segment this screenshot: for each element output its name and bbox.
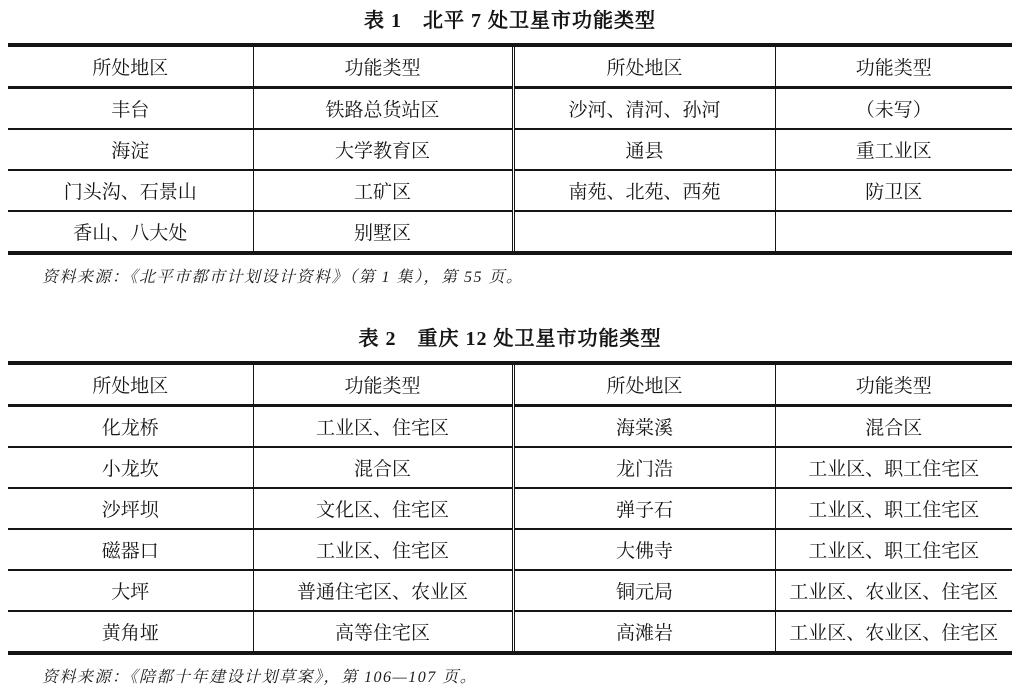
table-cell: 弹子石 [513, 488, 775, 529]
table-row: 大坪 普通住宅区、农业区 铜元局 工业区、农业区、住宅区 [8, 570, 1012, 611]
table-cell: 龙门浩 [513, 447, 775, 488]
table-cell: 沙坪坝 [8, 488, 253, 529]
table-row: 黄角垭 高等住宅区 高滩岩 工业区、农业区、住宅区 [8, 611, 1012, 653]
table-row: 沙坪坝 文化区、住宅区 弹子石 工业区、职工住宅区 [8, 488, 1012, 529]
table2-header-row: 所处地区 功能类型 所处地区 功能类型 [8, 363, 1012, 406]
table-cell: 大坪 [8, 570, 253, 611]
table-cell: 别墅区 [253, 211, 513, 253]
table-row: 丰台 铁路总货站区 沙河、清河、孙河 （未写） [8, 88, 1012, 130]
table-cell: 沙河、清河、孙河 [513, 88, 775, 130]
document-page: 表 1 北平 7 处卫星市功能类型 所处地区 功能类型 所处地区 功能类型 丰台… [0, 0, 1020, 688]
table-cell: 海棠溪 [513, 406, 775, 448]
table1-section: 表 1 北平 7 处卫星市功能类型 所处地区 功能类型 所处地区 功能类型 丰台… [8, 8, 1012, 288]
table-cell: 黄角垭 [8, 611, 253, 653]
table-row: 香山、八大处 别墅区 [8, 211, 1012, 253]
table1-title: 表 1 北平 7 处卫星市功能类型 [8, 8, 1012, 34]
table-cell: 高等住宅区 [253, 611, 513, 653]
table-cell: 工业区、住宅区 [253, 529, 513, 570]
table2-source-note: 资料来源：《陪都十年建设计划草案》，第 106—107 页。 [42, 667, 1012, 688]
table-cell-empty [775, 211, 1012, 253]
table2-section: 表 2 重庆 12 处卫星市功能类型 所处地区 功能类型 所处地区 功能类型 化… [8, 326, 1012, 688]
table-cell: 工业区、农业区、住宅区 [775, 611, 1012, 653]
table2-header-type-right: 功能类型 [775, 363, 1012, 406]
table-cell: 小龙坎 [8, 447, 253, 488]
table-cell: 门头沟、石景山 [8, 170, 253, 211]
table-cell: （未写） [775, 88, 1012, 130]
table-cell: 混合区 [775, 406, 1012, 448]
table-cell: 工业区、农业区、住宅区 [775, 570, 1012, 611]
table-row: 化龙桥 工业区、住宅区 海棠溪 混合区 [8, 406, 1012, 448]
table-cell: 工业区、职工住宅区 [775, 529, 1012, 570]
table-cell: 丰台 [8, 88, 253, 130]
table2-header-type-left: 功能类型 [253, 363, 513, 406]
table-cell: 高滩岩 [513, 611, 775, 653]
table-cell: 工业区、住宅区 [253, 406, 513, 448]
table-cell: 混合区 [253, 447, 513, 488]
table-cell: 大佛寺 [513, 529, 775, 570]
table-row: 磁器口 工业区、住宅区 大佛寺 工业区、职工住宅区 [8, 529, 1012, 570]
table-cell: 海淀 [8, 129, 253, 170]
table1: 所处地区 功能类型 所处地区 功能类型 丰台 铁路总货站区 沙河、清河、孙河 （… [8, 43, 1012, 255]
table-row: 门头沟、石景山 工矿区 南苑、北苑、西苑 防卫区 [8, 170, 1012, 211]
table1-source-note: 资料来源：《北平市都市计划设计资料》（第 1 集），第 55 页。 [42, 267, 1012, 288]
table1-header-type-left: 功能类型 [253, 45, 513, 88]
table-cell: 南苑、北苑、西苑 [513, 170, 775, 211]
table-cell: 通县 [513, 129, 775, 170]
table-cell: 重工业区 [775, 129, 1012, 170]
table-cell: 防卫区 [775, 170, 1012, 211]
table1-header-region-right: 所处地区 [513, 45, 775, 88]
table1-header-type-right: 功能类型 [775, 45, 1012, 88]
table-cell: 普通住宅区、农业区 [253, 570, 513, 611]
table-cell: 工矿区 [253, 170, 513, 211]
table-cell-empty [513, 211, 775, 253]
table-cell: 铜元局 [513, 570, 775, 611]
table2-title: 表 2 重庆 12 处卫星市功能类型 [8, 326, 1012, 352]
table-row: 海淀 大学教育区 通县 重工业区 [8, 129, 1012, 170]
table2-header-region-right: 所处地区 [513, 363, 775, 406]
table1-header-row: 所处地区 功能类型 所处地区 功能类型 [8, 45, 1012, 88]
table-cell: 大学教育区 [253, 129, 513, 170]
table2-header-region-left: 所处地区 [8, 363, 253, 406]
table-row: 小龙坎 混合区 龙门浩 工业区、职工住宅区 [8, 447, 1012, 488]
table-cell: 铁路总货站区 [253, 88, 513, 130]
table-cell: 工业区、职工住宅区 [775, 447, 1012, 488]
table1-header-region-left: 所处地区 [8, 45, 253, 88]
table-cell: 文化区、住宅区 [253, 488, 513, 529]
table-cell: 香山、八大处 [8, 211, 253, 253]
table-cell: 磁器口 [8, 529, 253, 570]
table-cell: 化龙桥 [8, 406, 253, 448]
table2: 所处地区 功能类型 所处地区 功能类型 化龙桥 工业区、住宅区 海棠溪 混合区 … [8, 361, 1012, 655]
table-cell: 工业区、职工住宅区 [775, 488, 1012, 529]
